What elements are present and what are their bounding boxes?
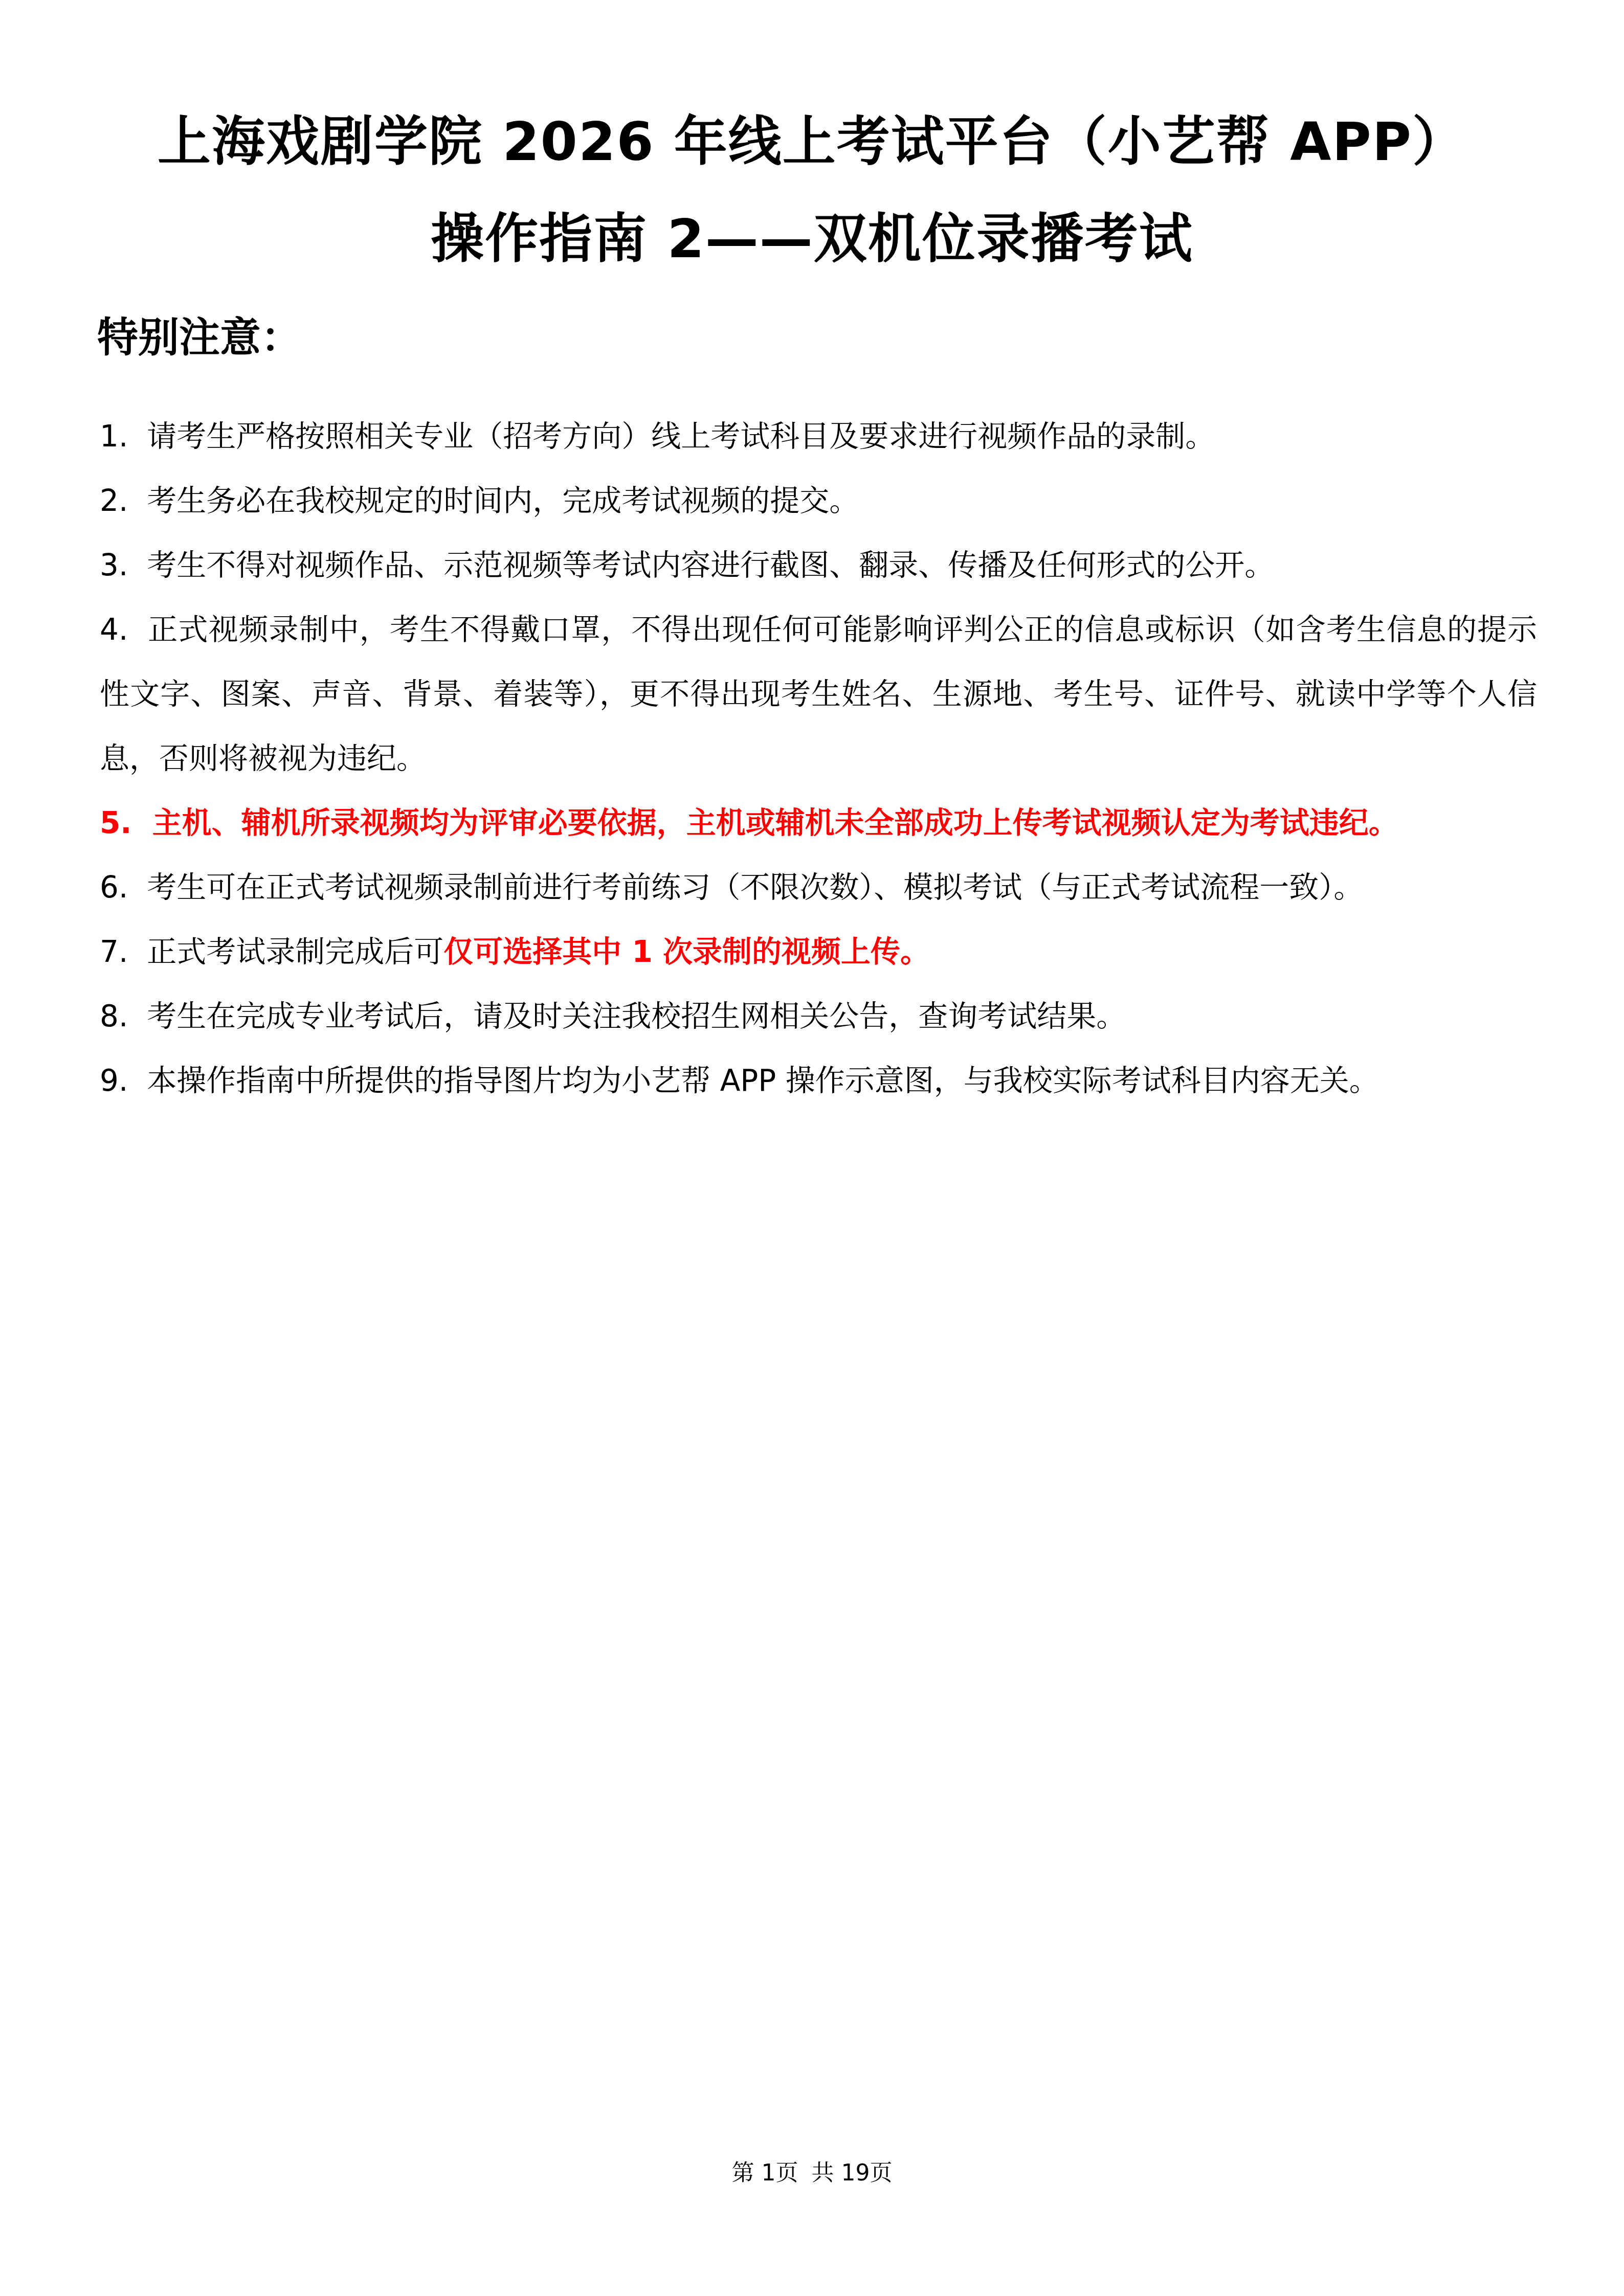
note-item-2: 2. 考生务必在我校规定的时间内，完成考试视频的提交。	[100, 468, 1537, 533]
note-item-5-warning: 5. 主机、辅机所录视频均为评审必要依据，主机或辅机未全部成功上传考试视频认定为…	[100, 791, 1537, 855]
note-item-4: 4. 正式视频录制中，考生不得戴口罩，不得出现任何可能影响评判公正的信息或标识（…	[100, 597, 1537, 791]
note-number: 1.	[100, 419, 128, 454]
note-number: 5.	[100, 805, 131, 840]
page-number: 第 1页	[732, 2160, 798, 2186]
note-number: 8.	[100, 999, 128, 1033]
note-text: 请考生严格按照相关专业（招考方向）线上考试科目及要求进行视频作品的录制。	[147, 419, 1215, 454]
document-title-line-2: 操作指南 2——双机位录播考试	[0, 212, 1624, 265]
note-number: 2.	[100, 483, 128, 518]
note-item-9: 9. 本操作指南中所提供的指导图片均为小艺帮 APP 操作示意图，与我校实际考试…	[100, 1048, 1537, 1113]
note-item-3: 3. 考生不得对视频作品、示范视频等考试内容进行截图、翻录、传播及任何形式的公开…	[100, 533, 1537, 597]
note-number: 7.	[100, 934, 128, 969]
note-text: 考生在完成专业考试后，请及时关注我校招生网相关公告，查询考试结果。	[147, 999, 1126, 1033]
note-number: 6.	[100, 870, 128, 905]
note-number: 9.	[100, 1063, 128, 1098]
note-text: 考生可在正式考试视频录制前进行考前练习（不限次数）、模拟考试（与正式考试流程一致…	[147, 870, 1363, 905]
notes-list: 1. 请考生严格按照相关专业（招考方向）线上考试科目及要求进行视频作品的录制。 …	[100, 404, 1537, 1113]
note-highlight: 仅可选择其中 1 次录制的视频上传。	[443, 934, 930, 969]
page-total: 共 19页	[812, 2160, 893, 2186]
note-text: 本操作指南中所提供的指导图片均为小艺帮 APP 操作示意图，与我校实际考试科目内…	[147, 1063, 1379, 1098]
note-item-1: 1. 请考生严格按照相关专业（招考方向）线上考试科目及要求进行视频作品的录制。	[100, 404, 1537, 468]
note-text: 考生务必在我校规定的时间内，完成考试视频的提交。	[147, 483, 859, 518]
note-text: 主机、辅机所录视频均为评审必要依据，主机或辅机未全部成功上传考试视频认定为考试违…	[152, 805, 1398, 840]
note-number: 4.	[100, 612, 128, 647]
note-item-8: 8. 考生在完成专业考试后，请及时关注我校招生网相关公告，查询考试结果。	[100, 984, 1537, 1048]
note-number: 3.	[100, 548, 128, 582]
section-heading-special-notes: 特别注意：	[97, 317, 302, 358]
note-text: 考生不得对视频作品、示范视频等考试内容进行截图、翻录、传播及任何形式的公开。	[147, 548, 1274, 582]
document-title-line-1: 上海戏剧学院 2026 年线上考试平台（小艺帮 APP）	[0, 115, 1624, 168]
page-footer: 第 1页 共 19页	[0, 2162, 1624, 2185]
note-item-6: 6. 考生可在正式考试视频录制前进行考前练习（不限次数）、模拟考试（与正式考试流…	[100, 855, 1537, 919]
note-text: 正式视频录制中，考生不得戴口罩，不得出现任何可能影响评判公正的信息或标识（如含考…	[100, 612, 1537, 776]
note-item-7: 7. 正式考试录制完成后可仅可选择其中 1 次录制的视频上传。	[100, 919, 1537, 984]
note-text: 正式考试录制完成后可	[147, 934, 443, 969]
